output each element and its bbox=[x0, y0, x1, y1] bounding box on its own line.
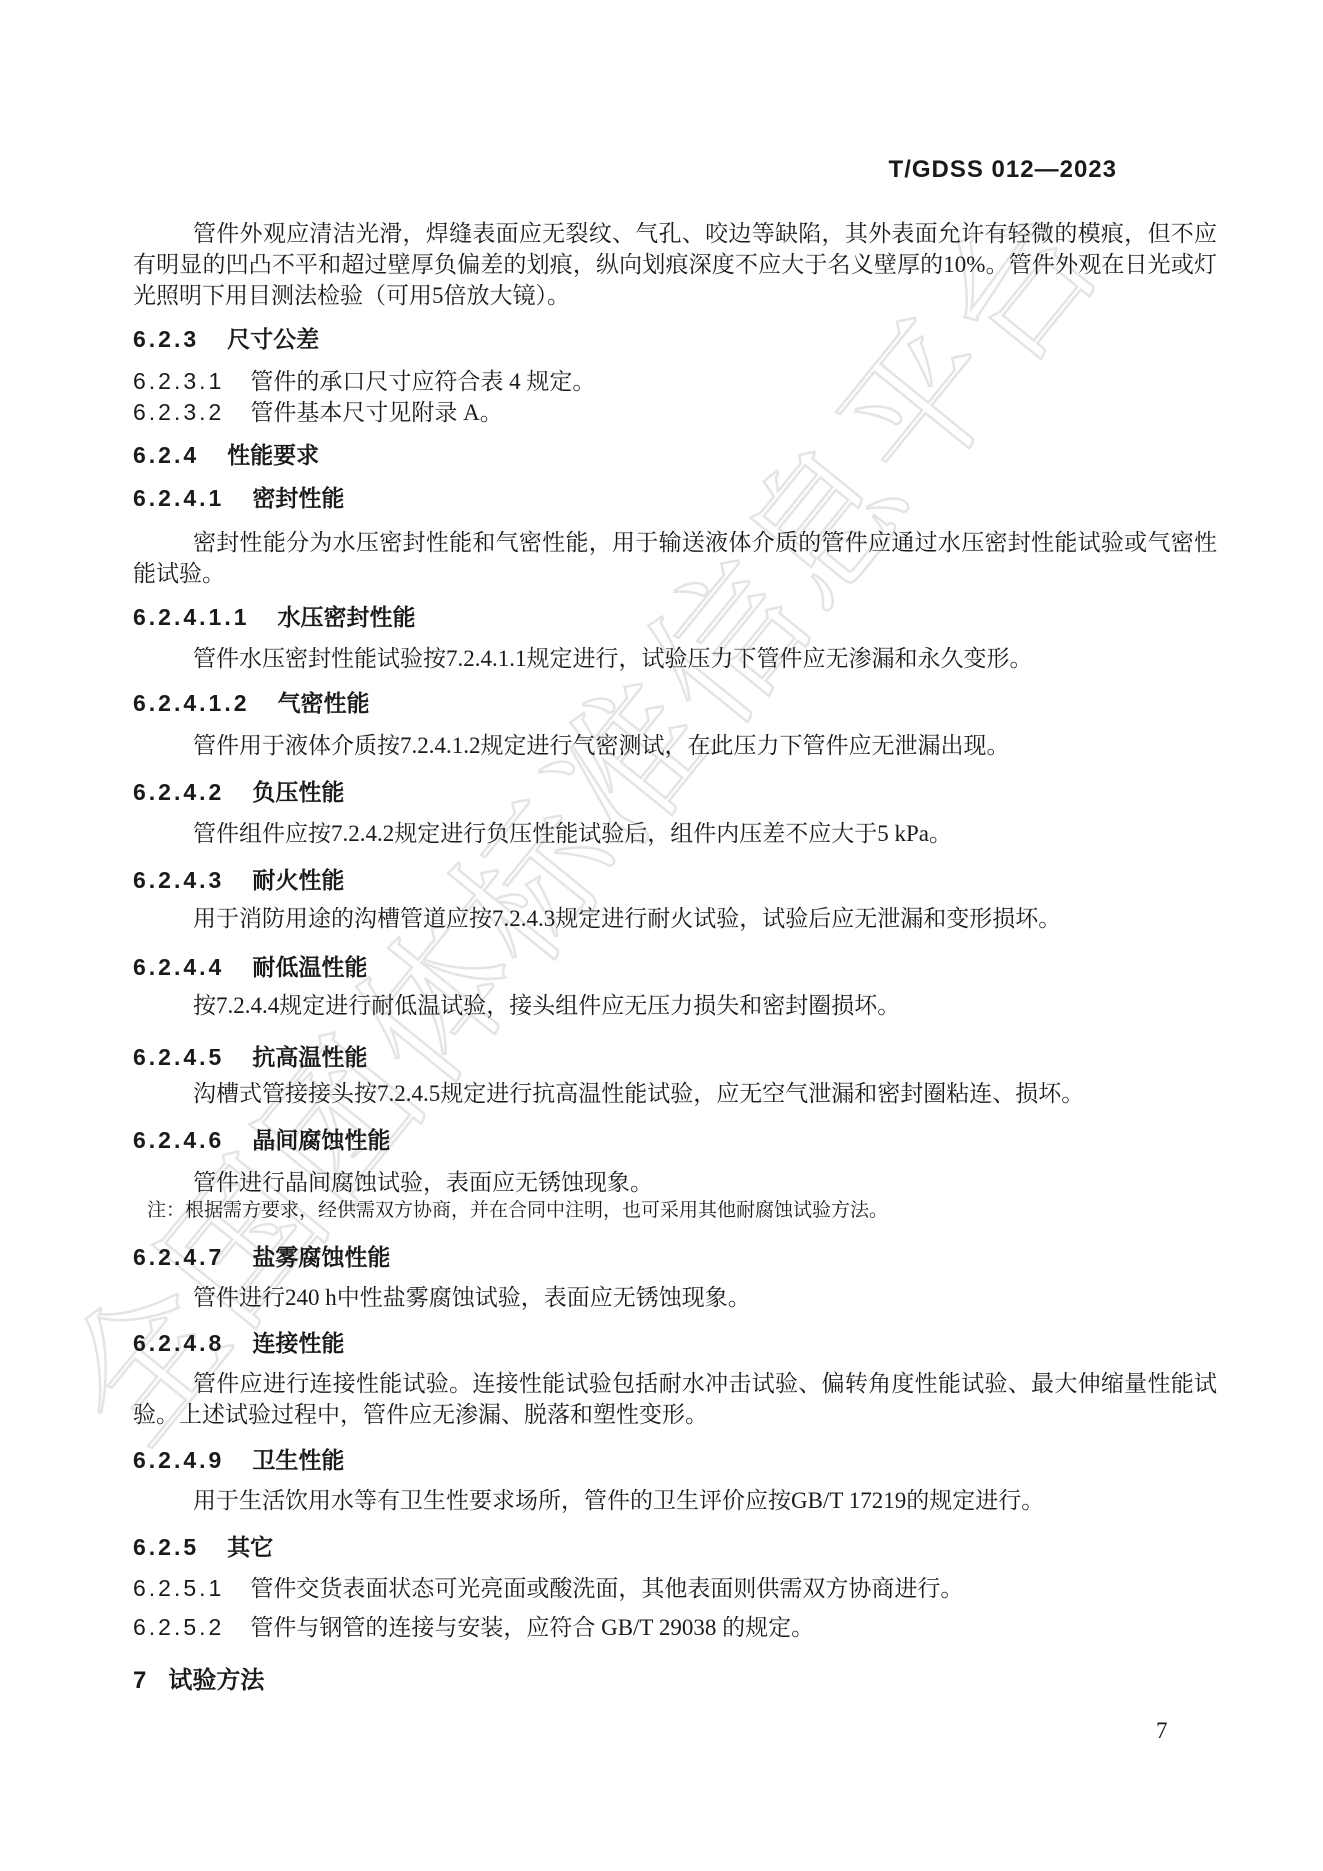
clause-heading: 6.2.4.1.2气密性能 bbox=[133, 688, 1217, 718]
clause-item: 6.2.5.1管件交货表面状态可光亮面或酸洗面，其他表面则供需双方协商进行。 bbox=[133, 1573, 1217, 1604]
clause-heading: 6.2.3尺寸公差 bbox=[133, 324, 1217, 354]
clause-number: 6.2.4.9 bbox=[133, 1447, 224, 1473]
clause-title: 晶间腐蚀性能 bbox=[252, 1127, 390, 1153]
clause-heading: 6.2.4.1密封性能 bbox=[133, 483, 1217, 513]
clause-number: 6.2.5.1 bbox=[133, 1575, 224, 1601]
body-paragraph: 沟槽式管接接头按7.2.4.5规定进行抗高温性能试验，应无空气泄漏和密封圈粘连、… bbox=[133, 1078, 1217, 1109]
clause-text: 管件的承口尺寸应符合表 4 规定。 bbox=[250, 369, 595, 394]
clause-item: 6.2.3.1管件的承口尺寸应符合表 4 规定。 bbox=[133, 366, 1217, 397]
note: 注：根据需方要求，经供需双方协商，并在合同中注明，也可采用其他耐腐蚀试验方法。 bbox=[133, 1198, 1217, 1224]
clause-number: 6.2.4.1.1 bbox=[133, 604, 250, 630]
body-paragraph: 用于消防用途的沟槽管道应按7.2.4.3规定进行耐火试验，试验后应无泄漏和变形损… bbox=[133, 903, 1217, 934]
chapter-title: 试验方法 bbox=[168, 1667, 264, 1694]
clause-title: 气密性能 bbox=[278, 690, 370, 716]
clause-heading: 6.2.4.7盐雾腐蚀性能 bbox=[133, 1242, 1217, 1272]
body-paragraph: 管件进行晶间腐蚀试验，表面应无锈蚀现象。 bbox=[133, 1167, 1217, 1198]
clause-heading: 6.2.4.6晶间腐蚀性能 bbox=[133, 1125, 1217, 1155]
clause-title: 抗高温性能 bbox=[252, 1044, 367, 1070]
clause-number: 6.2.4.6 bbox=[133, 1127, 224, 1153]
clause-number: 6.2.3.1 bbox=[133, 368, 224, 394]
clause-heading: 6.2.4.4耐低温性能 bbox=[133, 952, 1217, 982]
clause-number: 6.2.3 bbox=[133, 326, 199, 352]
clause-heading: 6.2.4.1.1水压密封性能 bbox=[133, 602, 1217, 632]
clause-number: 6.2.4.8 bbox=[133, 1330, 224, 1356]
clause-title: 密封性能 bbox=[252, 485, 344, 511]
clause-title: 性能要求 bbox=[227, 442, 319, 468]
body-paragraph: 管件应进行连接性能试验。连接性能试验包括耐水冲击试验、偏转角度性能试验、最大伸缩… bbox=[133, 1368, 1217, 1430]
body-paragraph: 管件进行240 h中性盐雾腐蚀试验，表面应无锈蚀现象。 bbox=[133, 1282, 1217, 1313]
chapter-heading: 7试验方法 bbox=[133, 1665, 1217, 1697]
clause-number: 6.2.4.7 bbox=[133, 1244, 224, 1270]
clause-heading: 6.2.4.8连接性能 bbox=[133, 1328, 1217, 1358]
chapter-number: 7 bbox=[133, 1667, 146, 1694]
clause-heading: 6.2.4.2负压性能 bbox=[133, 777, 1217, 807]
clause-title: 尺寸公差 bbox=[227, 326, 319, 352]
body-paragraph: 管件用于液体介质按7.2.4.1.2规定进行气密测试，在此压力下管件应无泄漏出现… bbox=[133, 730, 1217, 761]
clause-title: 负压性能 bbox=[252, 779, 344, 805]
clause-heading: 6.2.4性能要求 bbox=[133, 440, 1217, 470]
standard-number: T/GDSS 012—2023 bbox=[889, 156, 1117, 184]
clause-number: 6.2.4.5 bbox=[133, 1044, 224, 1070]
body-paragraph: 按7.2.4.4规定进行耐低温试验，接头组件应无压力损失和密封圈损坏。 bbox=[133, 990, 1217, 1021]
document-page: 全国团体标准信息平台 T/GDSS 012—2023 管件外观应清洁光滑，焊缝表… bbox=[0, 0, 1323, 1871]
clause-number: 6.2.4 bbox=[133, 442, 199, 468]
clause-heading: 6.2.5其它 bbox=[133, 1532, 1217, 1562]
clause-number: 6.2.4.1 bbox=[133, 485, 224, 511]
clause-title: 耐低温性能 bbox=[252, 954, 367, 980]
clause-number: 6.2.4.3 bbox=[133, 867, 224, 893]
body-paragraph: 密封性能分为水压密封性能和气密性能，用于输送液体介质的管件应通过水压密封性能试验… bbox=[133, 527, 1217, 589]
clause-number: 6.2.5.2 bbox=[133, 1614, 224, 1640]
page-content: 管件外观应清洁光滑，焊缝表面应无裂纹、气孔、咬边等缺陷，其外表面允许有轻微的模痕… bbox=[133, 0, 1217, 1697]
body-paragraph: 管件外观应清洁光滑，焊缝表面应无裂纹、气孔、咬边等缺陷，其外表面允许有轻微的模痕… bbox=[133, 218, 1217, 311]
clause-text: 管件与钢管的连接与安装，应符合 GB/T 29038 的规定。 bbox=[250, 1615, 814, 1640]
body-paragraph: 管件组件应按7.2.4.2规定进行负压性能试验后，组件内压差不应大于5 kPa。 bbox=[133, 818, 1217, 849]
clause-text: 管件交货表面状态可光亮面或酸洗面，其他表面则供需双方协商进行。 bbox=[250, 1576, 963, 1601]
body-paragraph: 管件水压密封性能试验按7.2.4.1.1规定进行，试验压力下管件应无渗漏和永久变… bbox=[133, 643, 1217, 674]
clause-title: 水压密封性能 bbox=[278, 604, 416, 630]
clause-number: 6.2.4.4 bbox=[133, 954, 224, 980]
clause-title: 卫生性能 bbox=[252, 1447, 344, 1473]
clause-title: 连接性能 bbox=[252, 1330, 344, 1356]
clause-item: 6.2.5.2管件与钢管的连接与安装，应符合 GB/T 29038 的规定。 bbox=[133, 1612, 1217, 1643]
page-number: 7 bbox=[1156, 1718, 1168, 1744]
clause-title: 盐雾腐蚀性能 bbox=[252, 1244, 390, 1270]
clause-title: 耐火性能 bbox=[252, 867, 344, 893]
clause-title: 其它 bbox=[227, 1534, 273, 1560]
clause-item: 6.2.3.2管件基本尺寸见附录 A。 bbox=[133, 397, 1217, 428]
body-paragraph: 用于生活饮用水等有卫生性要求场所，管件的卫生评价应按GB/T 17219的规定进… bbox=[133, 1485, 1217, 1516]
clause-number: 6.2.5 bbox=[133, 1534, 199, 1560]
clause-text: 管件基本尺寸见附录 A。 bbox=[250, 400, 502, 425]
clause-heading: 6.2.4.9卫生性能 bbox=[133, 1445, 1217, 1475]
clause-heading: 6.2.4.5抗高温性能 bbox=[133, 1042, 1217, 1072]
clause-number: 6.2.4.2 bbox=[133, 779, 224, 805]
clause-number: 6.2.3.2 bbox=[133, 399, 224, 425]
clause-number: 6.2.4.1.2 bbox=[133, 690, 250, 716]
clause-heading: 6.2.4.3耐火性能 bbox=[133, 865, 1217, 895]
